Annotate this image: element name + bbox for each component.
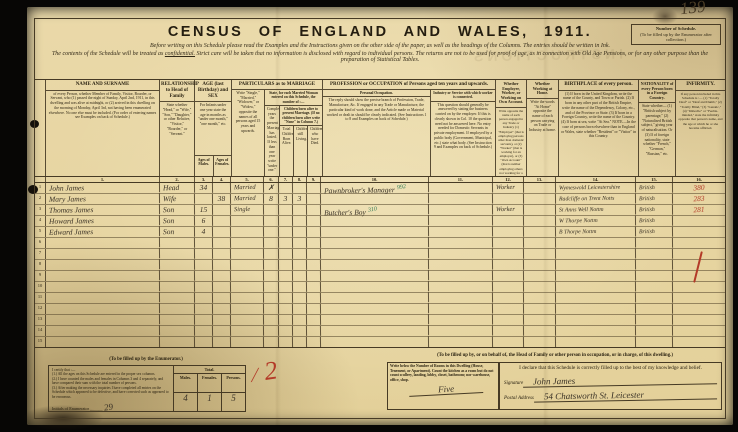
- instruction-line-2: The contents of the Schedule will be tre…: [35, 51, 725, 63]
- cell-age_f: [213, 238, 231, 248]
- header-married-woman: State, for each Married Woman entered on…: [265, 90, 322, 176]
- column-number: 9.: [307, 177, 321, 182]
- cell-died: [307, 337, 321, 348]
- cell-age_m: [195, 249, 213, 259]
- cell-marr: Married: [231, 183, 264, 193]
- cell-name: Thomas James: [46, 204, 160, 216]
- cell-home: [524, 293, 556, 303]
- cell-ind: [429, 238, 493, 249]
- cell-nat: [636, 282, 673, 293]
- cell-nat: [636, 271, 673, 282]
- cell-birth: [556, 314, 636, 325]
- cell-rel: Son: [160, 227, 195, 237]
- cell-birth: [556, 292, 636, 303]
- header-age-females: Ages of Females.: [214, 156, 232, 176]
- totals-persons-value: 5: [222, 393, 245, 412]
- cell-occ: [321, 259, 429, 271]
- cell-ind: [429, 326, 493, 337]
- cell-nat: British: [636, 227, 673, 238]
- cell-age_f: [213, 337, 231, 348]
- cell-yrs: ✗: [264, 183, 279, 193]
- cell-born: [279, 315, 293, 325]
- cell-marr: [231, 304, 264, 314]
- cell-living: [293, 326, 307, 336]
- rooms-value-handwritten: Five: [409, 382, 484, 397]
- cell-birth: [556, 270, 636, 281]
- cell-age_f: [213, 216, 231, 226]
- cell-birth: [556, 248, 636, 259]
- cell-age_m: [195, 315, 213, 325]
- cell-birth: [556, 325, 636, 336]
- cell-home: [524, 227, 556, 237]
- cell-living: [293, 249, 307, 259]
- cell-nat: British: [636, 194, 673, 205]
- cell-age_f: 38: [213, 194, 231, 204]
- cell-died: [307, 260, 321, 270]
- tabulator-code: 310: [367, 204, 377, 215]
- cell-living: 3: [293, 194, 307, 204]
- cell-yrs: [264, 304, 279, 314]
- cell-marr: [231, 337, 264, 348]
- cell-home: [524, 183, 556, 193]
- schedule-number-box: Number of Schedule. (To be filled up by …: [631, 24, 721, 45]
- cell-born: [279, 238, 293, 248]
- table-row: 11: [35, 293, 725, 304]
- cell-emp: [493, 326, 524, 336]
- cell-emp: [493, 227, 524, 237]
- cell-num: 11: [35, 293, 46, 303]
- totals-table: Total. Males. Females. Persons. 4 1 5: [174, 366, 245, 411]
- table-row: 4Howard JamesSon6W Thorpe NottmBritish: [35, 216, 725, 227]
- cell-age_f: [213, 227, 231, 237]
- header-industry: Industry or Service with which worker is…: [431, 90, 495, 176]
- cell-home: [524, 238, 556, 248]
- cell-num: 2: [35, 194, 46, 204]
- cell-born: [279, 205, 293, 215]
- cell-born: [279, 304, 293, 314]
- column-number: 14.: [556, 177, 636, 182]
- cell-name: Edward James: [46, 226, 160, 238]
- totals-males-value: 4: [174, 393, 198, 412]
- header-working-at-home: Whether Working at Home. Write the words…: [527, 80, 559, 176]
- totals-females-label: Females.: [198, 374, 222, 393]
- cell-red: [673, 335, 726, 350]
- header-name: NAME AND SURNAME of every Person, whethe…: [46, 80, 160, 176]
- cell-yrs: [264, 205, 279, 215]
- cell-num: 6: [35, 238, 46, 248]
- cell-num: 15: [35, 337, 46, 348]
- table-row: 14: [35, 326, 725, 337]
- schedule-box-sublabel: (To be filled up by the Enumerator after…: [634, 32, 718, 43]
- table-row: 5Edward JamesSon4B Thorpe NottmBritish: [35, 227, 725, 238]
- cell-rel: [160, 304, 195, 314]
- initials-line: Initials of Enumerator ______ 29: [52, 402, 170, 413]
- cell-ind: [429, 304, 493, 315]
- cell-home: [524, 205, 556, 215]
- header-birthplace: BIRTHPLACE of every person. (1) If born …: [559, 80, 639, 176]
- cell-born: [279, 326, 293, 336]
- totals-females-value: 1: [198, 393, 222, 412]
- cell-born: [279, 260, 293, 270]
- cell-name: [46, 259, 160, 271]
- schedule-number-handwritten: 139: [679, 0, 706, 19]
- cell-rel: Wife: [160, 194, 195, 204]
- cell-living: [293, 238, 307, 248]
- cell-rel: [160, 282, 195, 292]
- cell-num: 10: [35, 282, 46, 292]
- cell-ind: [429, 337, 493, 349]
- head-of-family-heading: (To be filled up by, or on behalf of, th…: [387, 353, 723, 358]
- cell-name: Howard James: [46, 215, 160, 227]
- cell-ind: [429, 183, 493, 194]
- cell-age_f: [213, 260, 231, 270]
- cell-yrs: [264, 260, 279, 270]
- column-number: 8.: [293, 177, 307, 182]
- cell-ind: [429, 282, 493, 293]
- cell-emp: [493, 282, 524, 292]
- cell-ind: [429, 227, 493, 238]
- column-number: 13.: [524, 177, 556, 182]
- cell-born: [279, 249, 293, 259]
- table-header: NAME AND SURNAME of every Person, whethe…: [35, 80, 725, 177]
- cell-yrs: [264, 326, 279, 336]
- cell-age_f: [213, 315, 231, 325]
- cell-died: [307, 282, 321, 292]
- cell-age_m: [195, 304, 213, 314]
- cell-age_f: [213, 183, 231, 193]
- header-children-born: Total Children Born Alive.: [280, 126, 294, 176]
- column-number: 11.: [429, 177, 493, 182]
- cell-emp: [493, 238, 524, 248]
- cell-occ: [321, 226, 429, 238]
- cell-name: [46, 237, 160, 249]
- cell-living: [293, 315, 307, 325]
- cell-emp: Worker: [493, 183, 524, 193]
- cell-living: [293, 304, 307, 314]
- cell-age_m: 34: [195, 183, 213, 193]
- cell-died: [307, 238, 321, 248]
- cell-yrs: [264, 337, 279, 348]
- column-number: 15.: [636, 177, 673, 182]
- signature-line: Signature John James: [504, 375, 717, 386]
- cell-nat: British: [636, 205, 673, 216]
- cell-occ: [321, 281, 429, 293]
- rooms-box: Write below the Number of Rooms in this …: [387, 362, 499, 410]
- header-relationship: RELATIONSHIP to Head of Family State whe…: [160, 80, 195, 176]
- column-number: 6.: [264, 177, 279, 182]
- cell-died: [307, 315, 321, 325]
- cell-birth: [556, 259, 636, 270]
- cell-age_m: [195, 326, 213, 336]
- table-row: 2Mary JamesWife38Married833Radcliffe on …: [35, 194, 725, 205]
- cell-died: [307, 227, 321, 237]
- cell-birth: Wymeswold Leicestershire: [556, 182, 636, 193]
- cell-age_m: 6: [195, 216, 213, 226]
- cell-emp: Worker: [493, 205, 524, 215]
- cell-living: [293, 282, 307, 292]
- cell-ind: [429, 194, 493, 205]
- cell-marr: [231, 293, 264, 303]
- column-number: 2.: [160, 177, 195, 182]
- cell-born: [279, 227, 293, 237]
- cell-rel: [160, 260, 195, 270]
- cell-occ: [321, 325, 429, 337]
- cell-yrs: [264, 282, 279, 292]
- header-children-living: Children still Living.: [294, 126, 308, 176]
- cell-occ: [321, 303, 429, 315]
- header-children-died: Children who have Died.: [308, 126, 322, 176]
- red-tally-mark: ∕2: [251, 355, 279, 388]
- cell-name: [46, 314, 160, 326]
- cell-died: [307, 304, 321, 314]
- cell-home: [524, 249, 556, 259]
- cell-home: [524, 304, 556, 314]
- cell-yrs: 8: [264, 194, 279, 204]
- cell-marr: [231, 326, 264, 336]
- totals-males-label: Males.: [174, 374, 198, 393]
- cell-name: John James: [46, 182, 160, 194]
- cell-ind: [429, 216, 493, 227]
- cell-age_m: [195, 337, 213, 348]
- cell-marr: Married: [231, 194, 264, 204]
- cell-age_m: [195, 293, 213, 303]
- cell-nat: [636, 315, 673, 326]
- cell-yrs: [264, 271, 279, 281]
- cell-emp: [493, 194, 524, 204]
- cell-yrs: [264, 249, 279, 259]
- cell-occ: [321, 292, 429, 304]
- cell-died: [307, 183, 321, 193]
- cell-died: [307, 194, 321, 204]
- form-title: CENSUS OF ENGLAND AND WALES, 1911.: [35, 24, 725, 40]
- cell-name: [46, 270, 160, 282]
- enumerator-certification: I certify that :— (1.) All the ages on t…: [49, 366, 174, 411]
- header-marital-status: Write "Single," "Married," "Widower," or…: [232, 90, 265, 176]
- cell-living: [293, 216, 307, 226]
- cell-home: [524, 337, 556, 348]
- cell-rel: [160, 238, 195, 248]
- cell-home: [524, 194, 556, 204]
- cell-yrs: [264, 238, 279, 248]
- cell-ind: [429, 260, 493, 271]
- column-number: [35, 177, 46, 182]
- cell-born: [279, 271, 293, 281]
- cell-marr: [231, 271, 264, 281]
- enumerator-box-heading: (To be filled up by the Enumerator.): [48, 357, 244, 362]
- column-number: 1.: [46, 177, 160, 182]
- cell-birth: Radcliffe on Trent Notts: [556, 193, 636, 204]
- cell-age_f: [213, 205, 231, 215]
- cell-born: [279, 282, 293, 292]
- table-row: 6: [35, 238, 725, 249]
- cell-marr: [231, 260, 264, 270]
- cell-marr: [231, 227, 264, 237]
- cell-marr: [231, 216, 264, 226]
- cell-age_f: [213, 271, 231, 281]
- cell-home: [524, 216, 556, 226]
- cell-nat: British: [636, 216, 673, 227]
- cell-emp: [493, 315, 524, 325]
- totals-persons-label: Persons.: [222, 374, 245, 393]
- cell-died: [307, 249, 321, 259]
- cell-occ: [321, 237, 429, 249]
- header-infirmity: INFIRMITY. If any person included in thi…: [676, 80, 725, 176]
- header-rownum: [35, 80, 46, 176]
- header-children-group: Children born alive to present Marriage.…: [280, 106, 322, 176]
- cell-marr: [231, 238, 264, 248]
- cell-birth: [556, 336, 636, 348]
- cell-ind: [429, 293, 493, 304]
- form-footer: (To be filled up by the Enumerator.) I c…: [35, 349, 725, 418]
- cell-ind: [429, 315, 493, 326]
- cell-emp: [493, 249, 524, 259]
- cell-living: [293, 183, 307, 193]
- cell-died: [307, 271, 321, 281]
- column-number: 10.: [321, 177, 429, 182]
- cell-ind: [429, 249, 493, 260]
- cell-marr: [231, 249, 264, 259]
- cell-occ: [321, 193, 429, 205]
- cell-occ: [321, 248, 429, 260]
- column-number: 12.: [493, 177, 524, 182]
- header-age-males: Ages of Males.: [195, 156, 214, 176]
- address-line: Postal Address 54 Chatsworth St. Leicest…: [504, 390, 717, 401]
- column-number: 7.: [279, 177, 293, 182]
- cell-nat: [636, 337, 673, 349]
- cell-living: [293, 227, 307, 237]
- instruction-line-1: Before writing on this Schedule please r…: [35, 43, 725, 49]
- cell-living: [293, 293, 307, 303]
- cell-nat: [636, 260, 673, 271]
- cell-name: [46, 248, 160, 260]
- cell-nat: [636, 293, 673, 304]
- cell-age_m: [195, 238, 213, 248]
- cell-age_f: [213, 249, 231, 259]
- cell-nat: [636, 238, 673, 249]
- cell-yrs: [264, 293, 279, 303]
- cell-rel: Son: [160, 216, 195, 226]
- cell-num: 3: [35, 205, 46, 215]
- cell-num: 12: [35, 304, 46, 314]
- cell-marr: [231, 315, 264, 325]
- cell-age_m: [195, 282, 213, 292]
- cell-num: 5: [35, 227, 46, 237]
- cell-living: [293, 271, 307, 281]
- cell-rel: Head: [160, 183, 195, 193]
- cell-home: [524, 326, 556, 336]
- cell-age_m: [195, 260, 213, 270]
- cell-marr: Single: [231, 205, 264, 215]
- cell-rel: [160, 249, 195, 259]
- census-form: Number of Schedule. (To be filled up by …: [34, 18, 726, 419]
- cell-emp: [493, 260, 524, 270]
- table-row: 8: [35, 260, 725, 271]
- table-row: 12: [35, 304, 725, 315]
- cell-age_f: [213, 326, 231, 336]
- cell-born: 3: [279, 194, 293, 204]
- cell-occ: [321, 336, 429, 349]
- cell-birth: [556, 281, 636, 292]
- cell-died: [307, 216, 321, 226]
- header-occupation-group: PROFESSION or OCCUPATION of Persons aged…: [323, 80, 496, 176]
- column-number: 5.: [231, 177, 264, 182]
- cell-num: 9: [35, 271, 46, 281]
- cell-nat: [636, 249, 673, 260]
- cell-name: Mary James: [46, 193, 160, 205]
- census-schedule-scan: INSTRUCTIONS 139 Number of Schedule. (To…: [27, 7, 733, 425]
- cell-name: [46, 303, 160, 315]
- cell-rel: [160, 326, 195, 336]
- header-employer-worker: Whether Employer, Worker, or Working on …: [496, 80, 527, 176]
- cell-rel: [160, 293, 195, 303]
- cell-num: 7: [35, 249, 46, 259]
- cell-emp: [493, 271, 524, 281]
- cell-rel: [160, 271, 195, 281]
- cell-age_f: [213, 304, 231, 314]
- cell-age_m: [195, 194, 213, 204]
- cell-born: [279, 293, 293, 303]
- cell-occ: [321, 215, 429, 227]
- cell-marr: [231, 282, 264, 292]
- cell-born: [279, 337, 293, 348]
- cell-emp: [493, 216, 524, 226]
- cell-yrs: [264, 315, 279, 325]
- cell-age_m: [195, 271, 213, 281]
- cell-occ: Pawnbroker's Manager992: [321, 182, 429, 194]
- header-years-married: Completed years the present Marriage has…: [265, 106, 280, 176]
- table-row: 3Thomas JamesSon15SingleButcher's Boy310…: [35, 205, 725, 216]
- cell-age_m: 4: [195, 227, 213, 237]
- cell-rel: [160, 337, 195, 348]
- cell-home: [524, 271, 556, 281]
- cell-nat: [636, 326, 673, 337]
- cell-occ: [321, 270, 429, 282]
- table-row: 9: [35, 271, 725, 282]
- tabulator-code: 992: [396, 182, 406, 193]
- table-row: 1John JamesHead34Married✗Pawnbroker's Ma…: [35, 183, 725, 194]
- cell-home: [524, 315, 556, 325]
- cell-num: 8: [35, 260, 46, 270]
- cell-name: [46, 325, 160, 337]
- cell-birth: [556, 303, 636, 314]
- declaration-box: I declare that this Schedule is correctl…: [499, 362, 722, 410]
- cell-died: [307, 205, 321, 215]
- cell-home: [524, 282, 556, 292]
- cell-age_m: 15: [195, 205, 213, 215]
- cell-num: 14: [35, 326, 46, 336]
- signature-handwritten: John James: [523, 373, 717, 387]
- enumerator-initials-handwritten: 29: [103, 402, 113, 414]
- cell-emp: [493, 304, 524, 314]
- cell-yrs: [264, 227, 279, 237]
- cell-num: 1: [35, 183, 46, 193]
- cell-birth: W Thorpe Nottm: [556, 215, 636, 226]
- cell-home: [524, 260, 556, 270]
- cell-died: [307, 293, 321, 303]
- table-row: 7: [35, 249, 725, 260]
- cell-birth: [556, 237, 636, 248]
- header-age: AGE (last Birthday) and SEX For Infants …: [195, 80, 232, 176]
- header-personal-occupation: Personal Occupation. The reply should sh…: [323, 90, 431, 176]
- address-handwritten: 54 Chatsworth St. Leicester: [534, 388, 717, 402]
- cell-died: [307, 326, 321, 336]
- cell-name: [46, 292, 160, 304]
- census-table: NAME AND SURNAME of every Person, whethe…: [35, 79, 725, 348]
- table-row: 13: [35, 315, 725, 326]
- cell-birth: St Anns Well Nottm: [556, 204, 636, 215]
- table-row: 15: [35, 337, 725, 348]
- cell-living: [293, 205, 307, 215]
